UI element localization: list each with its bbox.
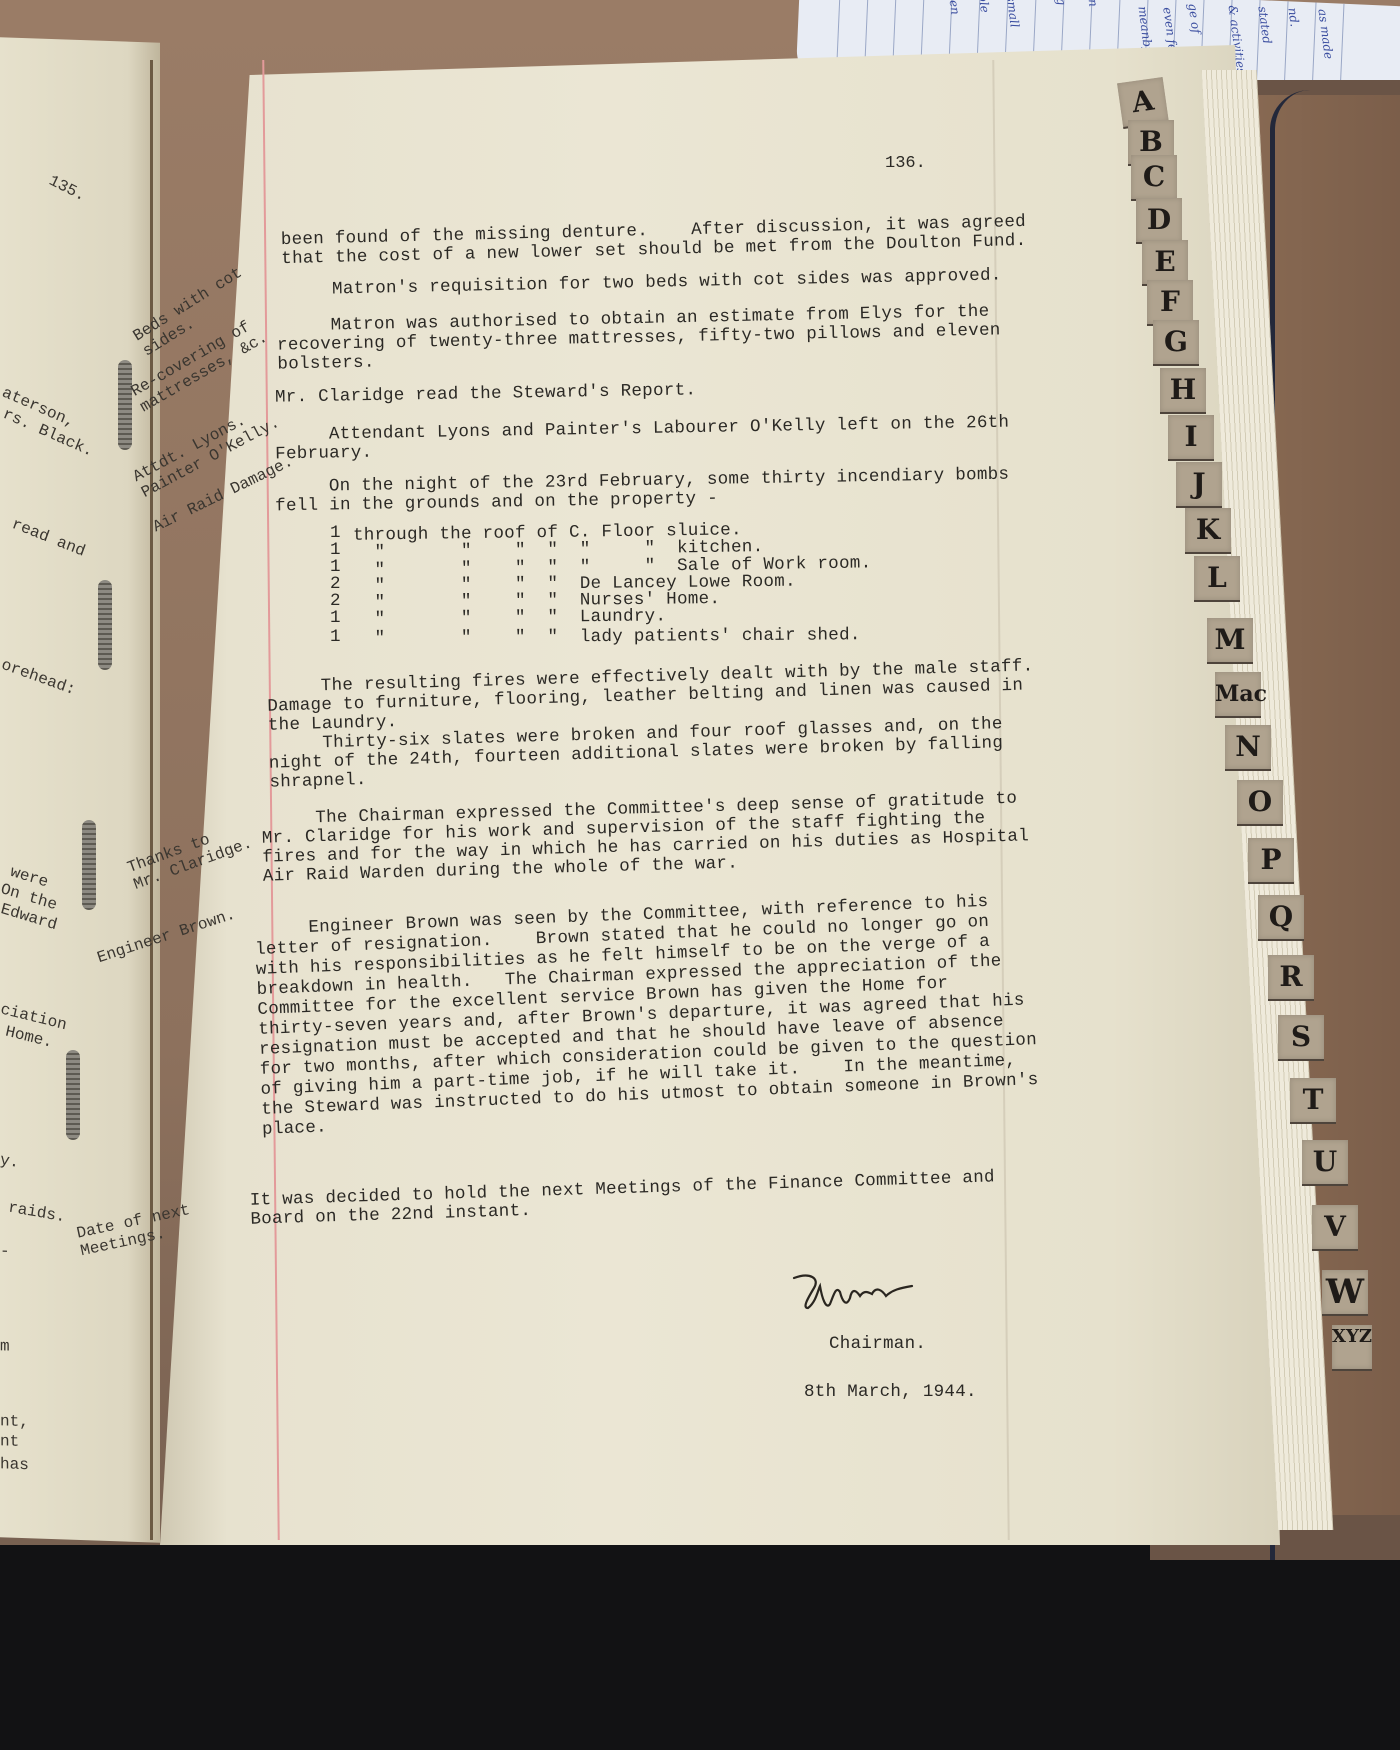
index-tab-q[interactable]: Q	[1258, 895, 1304, 941]
index-tab-s[interactable]: S	[1278, 1015, 1324, 1061]
bomb-count: 1	[330, 609, 341, 628]
handwriting-fragment: n	[1086, 0, 1101, 8]
index-tab-mac[interactable]: Mac	[1215, 672, 1261, 718]
text-fragment: -	[0, 1242, 10, 1260]
text-fragment: nt,	[0, 1412, 29, 1431]
index-tab-o[interactable]: O	[1237, 780, 1283, 826]
handwriting-fragment: meanby	[1135, 5, 1155, 54]
index-tab-c[interactable]: C	[1131, 155, 1177, 201]
right-page-136	[160, 45, 1280, 1545]
handwriting-fragment: as made	[1315, 8, 1335, 60]
index-tab-n[interactable]: N	[1225, 725, 1271, 771]
index-tab-p[interactable]: P	[1248, 838, 1294, 884]
index-tab-u[interactable]: U	[1302, 1140, 1348, 1186]
text-fragment: read and	[9, 515, 87, 560]
page-number: 135.	[46, 172, 88, 205]
index-tab-l[interactable]: L	[1194, 556, 1240, 602]
index-tab-r[interactable]: R	[1268, 955, 1314, 1001]
index-tab-t[interactable]: T	[1290, 1078, 1336, 1124]
handwriting-fragment: ge of	[1186, 2, 1204, 34]
chairman-signature-icon	[790, 1268, 940, 1323]
binding-rivet	[66, 1050, 80, 1140]
handwriting-fragment: ble	[976, 0, 992, 14]
text-fragment: raids.	[7, 1199, 67, 1227]
text-fragment: has	[0, 1455, 29, 1474]
handwriting-fragment: nd.	[1285, 7, 1301, 28]
index-tab-g[interactable]: G	[1153, 320, 1199, 366]
index-tab-m[interactable]: M	[1207, 618, 1253, 664]
signature-date: 8th March, 1944.	[804, 1383, 977, 1402]
index-tab-j[interactable]: J	[1176, 462, 1222, 508]
index-tab-i[interactable]: I	[1168, 415, 1214, 461]
handwriting-fragment: g	[1054, 0, 1069, 6]
book-binding	[150, 60, 153, 1540]
index-tab-d[interactable]: D	[1136, 198, 1182, 244]
binding-rivet	[118, 360, 132, 450]
left-page-135: 135. aterson, rs. Black. read and orehea…	[0, 37, 160, 1543]
dark-cloth	[0, 1545, 1400, 1750]
handwriting-fragment: een	[946, 0, 963, 16]
index-tab-h[interactable]: H	[1160, 368, 1206, 414]
index-tab-xyz[interactable]: XYZ	[1332, 1325, 1372, 1371]
paragraph-engineer-brown: Engineer Brown was seen by the Committee…	[254, 890, 1040, 1140]
paragraph-fires-damage: The resulting fires were effectively dea…	[267, 657, 1037, 792]
page-number: 136.	[885, 154, 926, 173]
text-fragment: m	[0, 1337, 10, 1355]
binding-rivet	[82, 820, 96, 910]
text-fragment: nt	[0, 1432, 19, 1451]
bomb-count: 1	[330, 628, 341, 647]
bomb-location: " " " " lady patients' chair shed.	[353, 626, 861, 649]
text-fragment: orehead:	[0, 656, 78, 699]
signature-title: Chairman.	[829, 1335, 926, 1354]
text-fragment: y.	[0, 1151, 20, 1172]
index-tab-k[interactable]: K	[1185, 508, 1231, 554]
handwriting-fragment: small	[1004, 0, 1022, 28]
binding-rivet	[98, 580, 112, 670]
index-tab-v[interactable]: V	[1312, 1205, 1358, 1251]
index-tab-w[interactable]: W	[1322, 1270, 1368, 1316]
